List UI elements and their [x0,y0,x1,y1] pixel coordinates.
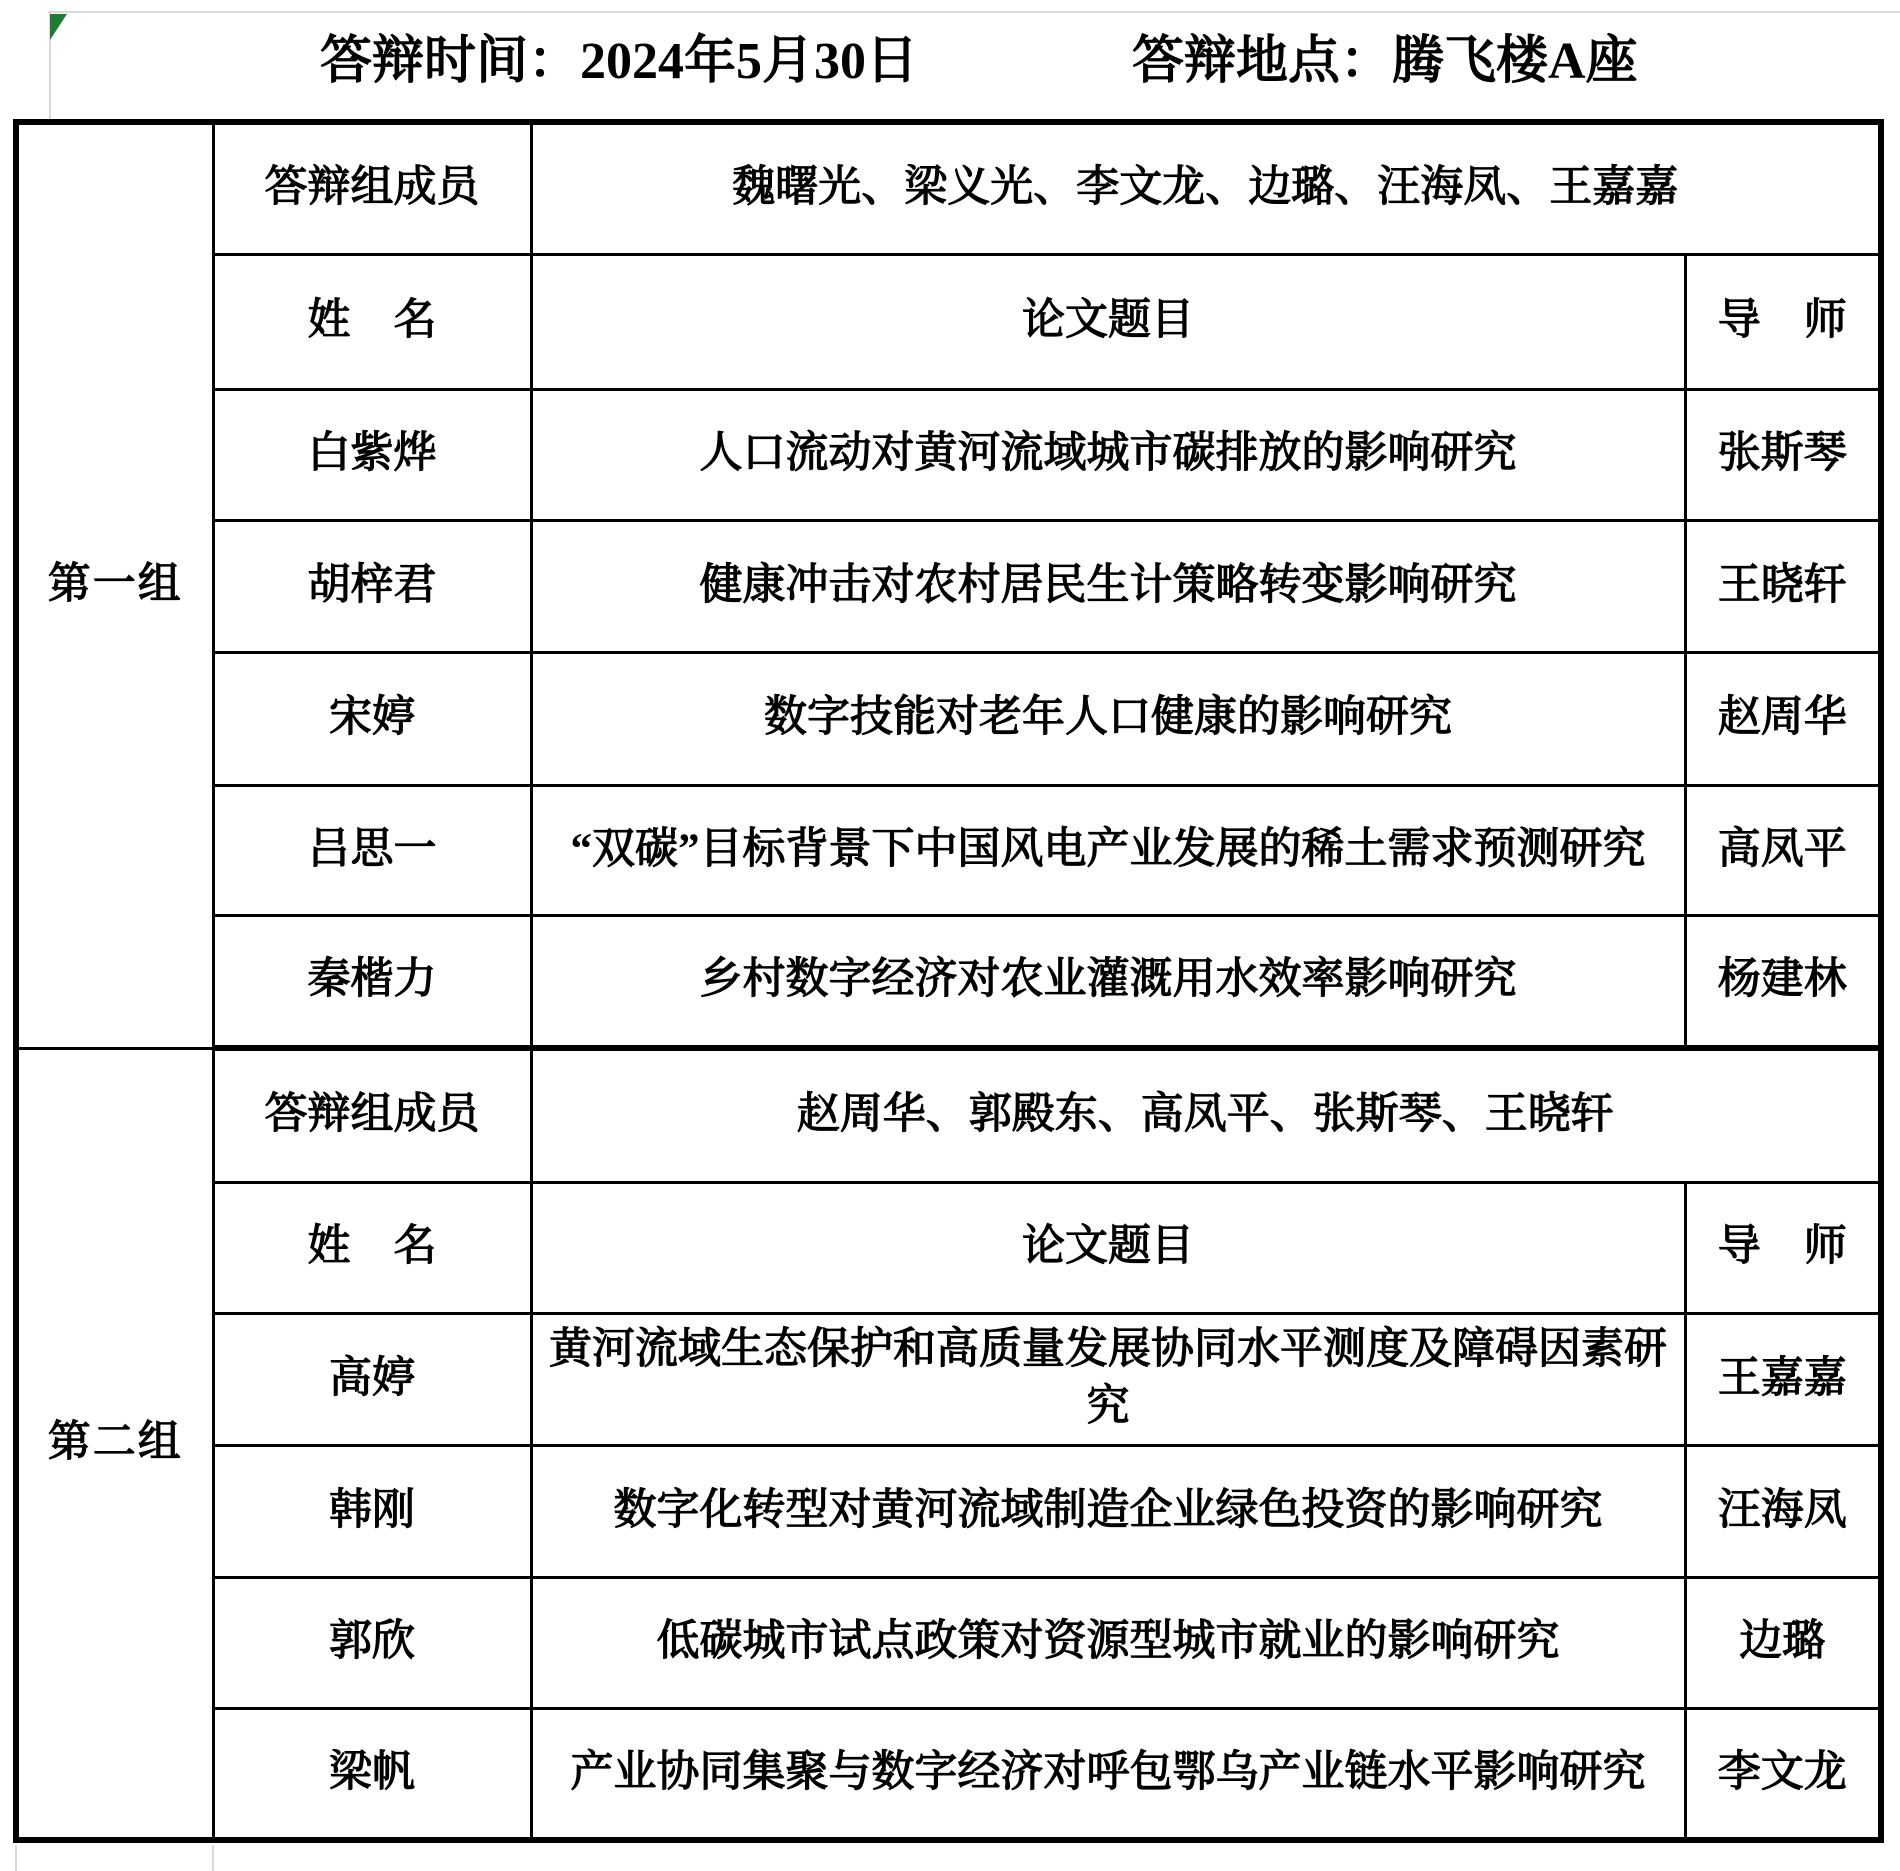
student-row: 吕思一 “双碳”目标背景下中国风电产业发展的稀土需求预测研究 高凤平 [16,785,1881,915]
group-2-members-row: 第二组 答辩组成员 赵周华、郭殿东、高凤平、张斯琴、王晓轩 [16,1048,1881,1182]
advisor-cell: 杨建林 [1685,915,1881,1048]
advisor-cell: 高凤平 [1685,785,1881,915]
thesis-title-cell: “双碳”目标背景下中国风电产业发展的稀土需求预测研究 [531,785,1685,915]
student-row: 胡梓君 健康冲击对农村居民生计策略转变影响研究 王晓轩 [16,520,1881,652]
student-name-cell: 胡梓君 [213,520,531,652]
member-row-label: 答辩组成员 [213,1048,531,1182]
student-row: 梁帆 产业协同集聚与数字经济对呼包鄂乌产业链水平影响研究 李文龙 [16,1708,1881,1840]
student-name-cell: 郭欣 [213,1577,531,1708]
student-row: 韩刚 数字化转型对黄河流域制造企业绿色投资的影响研究 汪海凤 [16,1445,1881,1577]
student-name-cell: 白紫烨 [213,389,531,520]
thesis-title-cell: 数字技能对老年人口健康的影响研究 [531,652,1685,785]
thesis-title-cell: 低碳城市试点政策对资源型城市就业的影响研究 [531,1577,1685,1708]
defense-time-label: 答辩时间：2024年5月30日 [320,30,918,94]
defense-schedule-table: 第一组 答辩组成员 魏曙光、梁义光、李文龙、边璐、汪海凤、王嘉嘉 姓 名 论文题… [13,119,1884,1843]
group-1-members: 魏曙光、梁义光、李文龙、边璐、汪海凤、王嘉嘉 [531,122,1881,254]
student-row: 宋婷 数字技能对老年人口健康的影响研究 赵周华 [16,652,1881,785]
group-1-label: 第一组 [16,122,213,1048]
column-header-advisor: 导 师 [1685,1182,1881,1313]
student-row: 郭欣 低碳城市试点政策对资源型城市就业的影响研究 边璐 [16,1577,1881,1708]
member-row-label: 答辩组成员 [213,122,531,254]
advisor-cell: 王嘉嘉 [1685,1313,1881,1445]
student-name-cell: 吕思一 [213,785,531,915]
group-1-members-row: 第一组 答辩组成员 魏曙光、梁义光、李文龙、边璐、汪海凤、王嘉嘉 [16,122,1881,254]
student-name-cell: 韩刚 [213,1445,531,1577]
thesis-title-cell: 乡村数字经济对农业灌溉用水效率影响研究 [531,915,1685,1048]
spreadsheet-canvas: 答辩时间：2024年5月30日 答辩地点：腾飞楼A座 第一组 答辩组成员 魏曙光… [0,0,1900,1871]
thesis-title-cell: 人口流动对黄河流域城市碳排放的影响研究 [531,389,1685,520]
student-row: 秦楷力 乡村数字经济对农业灌溉用水效率影响研究 杨建林 [16,915,1881,1048]
advisor-cell: 赵周华 [1685,652,1881,785]
student-name-cell: 宋婷 [213,652,531,785]
group-2-members: 赵周华、郭殿东、高凤平、张斯琴、王晓轩 [531,1048,1881,1182]
student-row: 高婷 黄河流域生态保护和高质量发展协同水平测度及障碍因素研究 王嘉嘉 [16,1313,1881,1445]
gridline-vertical-bottom-col [212,1845,214,1871]
column-header-title: 论文题目 [531,254,1685,389]
column-header-name: 姓 名 [213,254,531,389]
gridline-horizontal-top [48,11,1900,13]
thesis-title-cell: 黄河流域生态保护和高质量发展协同水平测度及障碍因素研究 [531,1313,1685,1445]
student-name-cell: 梁帆 [213,1708,531,1840]
defense-place-label: 答辩地点：腾飞楼A座 [1132,30,1638,94]
advisor-cell: 汪海凤 [1685,1445,1881,1577]
student-row: 白紫烨 人口流动对黄河流域城市碳排放的影响研究 张斯琴 [16,389,1881,520]
advisor-cell: 边璐 [1685,1577,1881,1708]
column-header-name: 姓 名 [213,1182,531,1313]
gridline-vertical-bottom-left [15,1845,17,1871]
thesis-title-cell: 数字化转型对黄河流域制造企业绿色投资的影响研究 [531,1445,1685,1577]
thesis-title-cell: 产业协同集聚与数字经济对呼包鄂乌产业链水平影响研究 [531,1708,1685,1840]
group-2-column-header-row: 姓 名 论文题目 导 师 [16,1182,1881,1313]
group-1-column-header-row: 姓 名 论文题目 导 师 [16,254,1881,389]
column-header-advisor: 导 师 [1685,254,1881,389]
advisor-cell: 李文龙 [1685,1708,1881,1840]
page-header: 答辩时间：2024年5月30日 答辩地点：腾飞楼A座 [0,30,1900,110]
student-name-cell: 秦楷力 [213,915,531,1048]
column-header-title: 论文题目 [531,1182,1685,1313]
thesis-title-cell: 健康冲击对农村居民生计策略转变影响研究 [531,520,1685,652]
student-name-cell: 高婷 [213,1313,531,1445]
group-2-label: 第二组 [16,1048,213,1840]
advisor-cell: 王晓轩 [1685,520,1881,652]
advisor-cell: 张斯琴 [1685,389,1881,520]
